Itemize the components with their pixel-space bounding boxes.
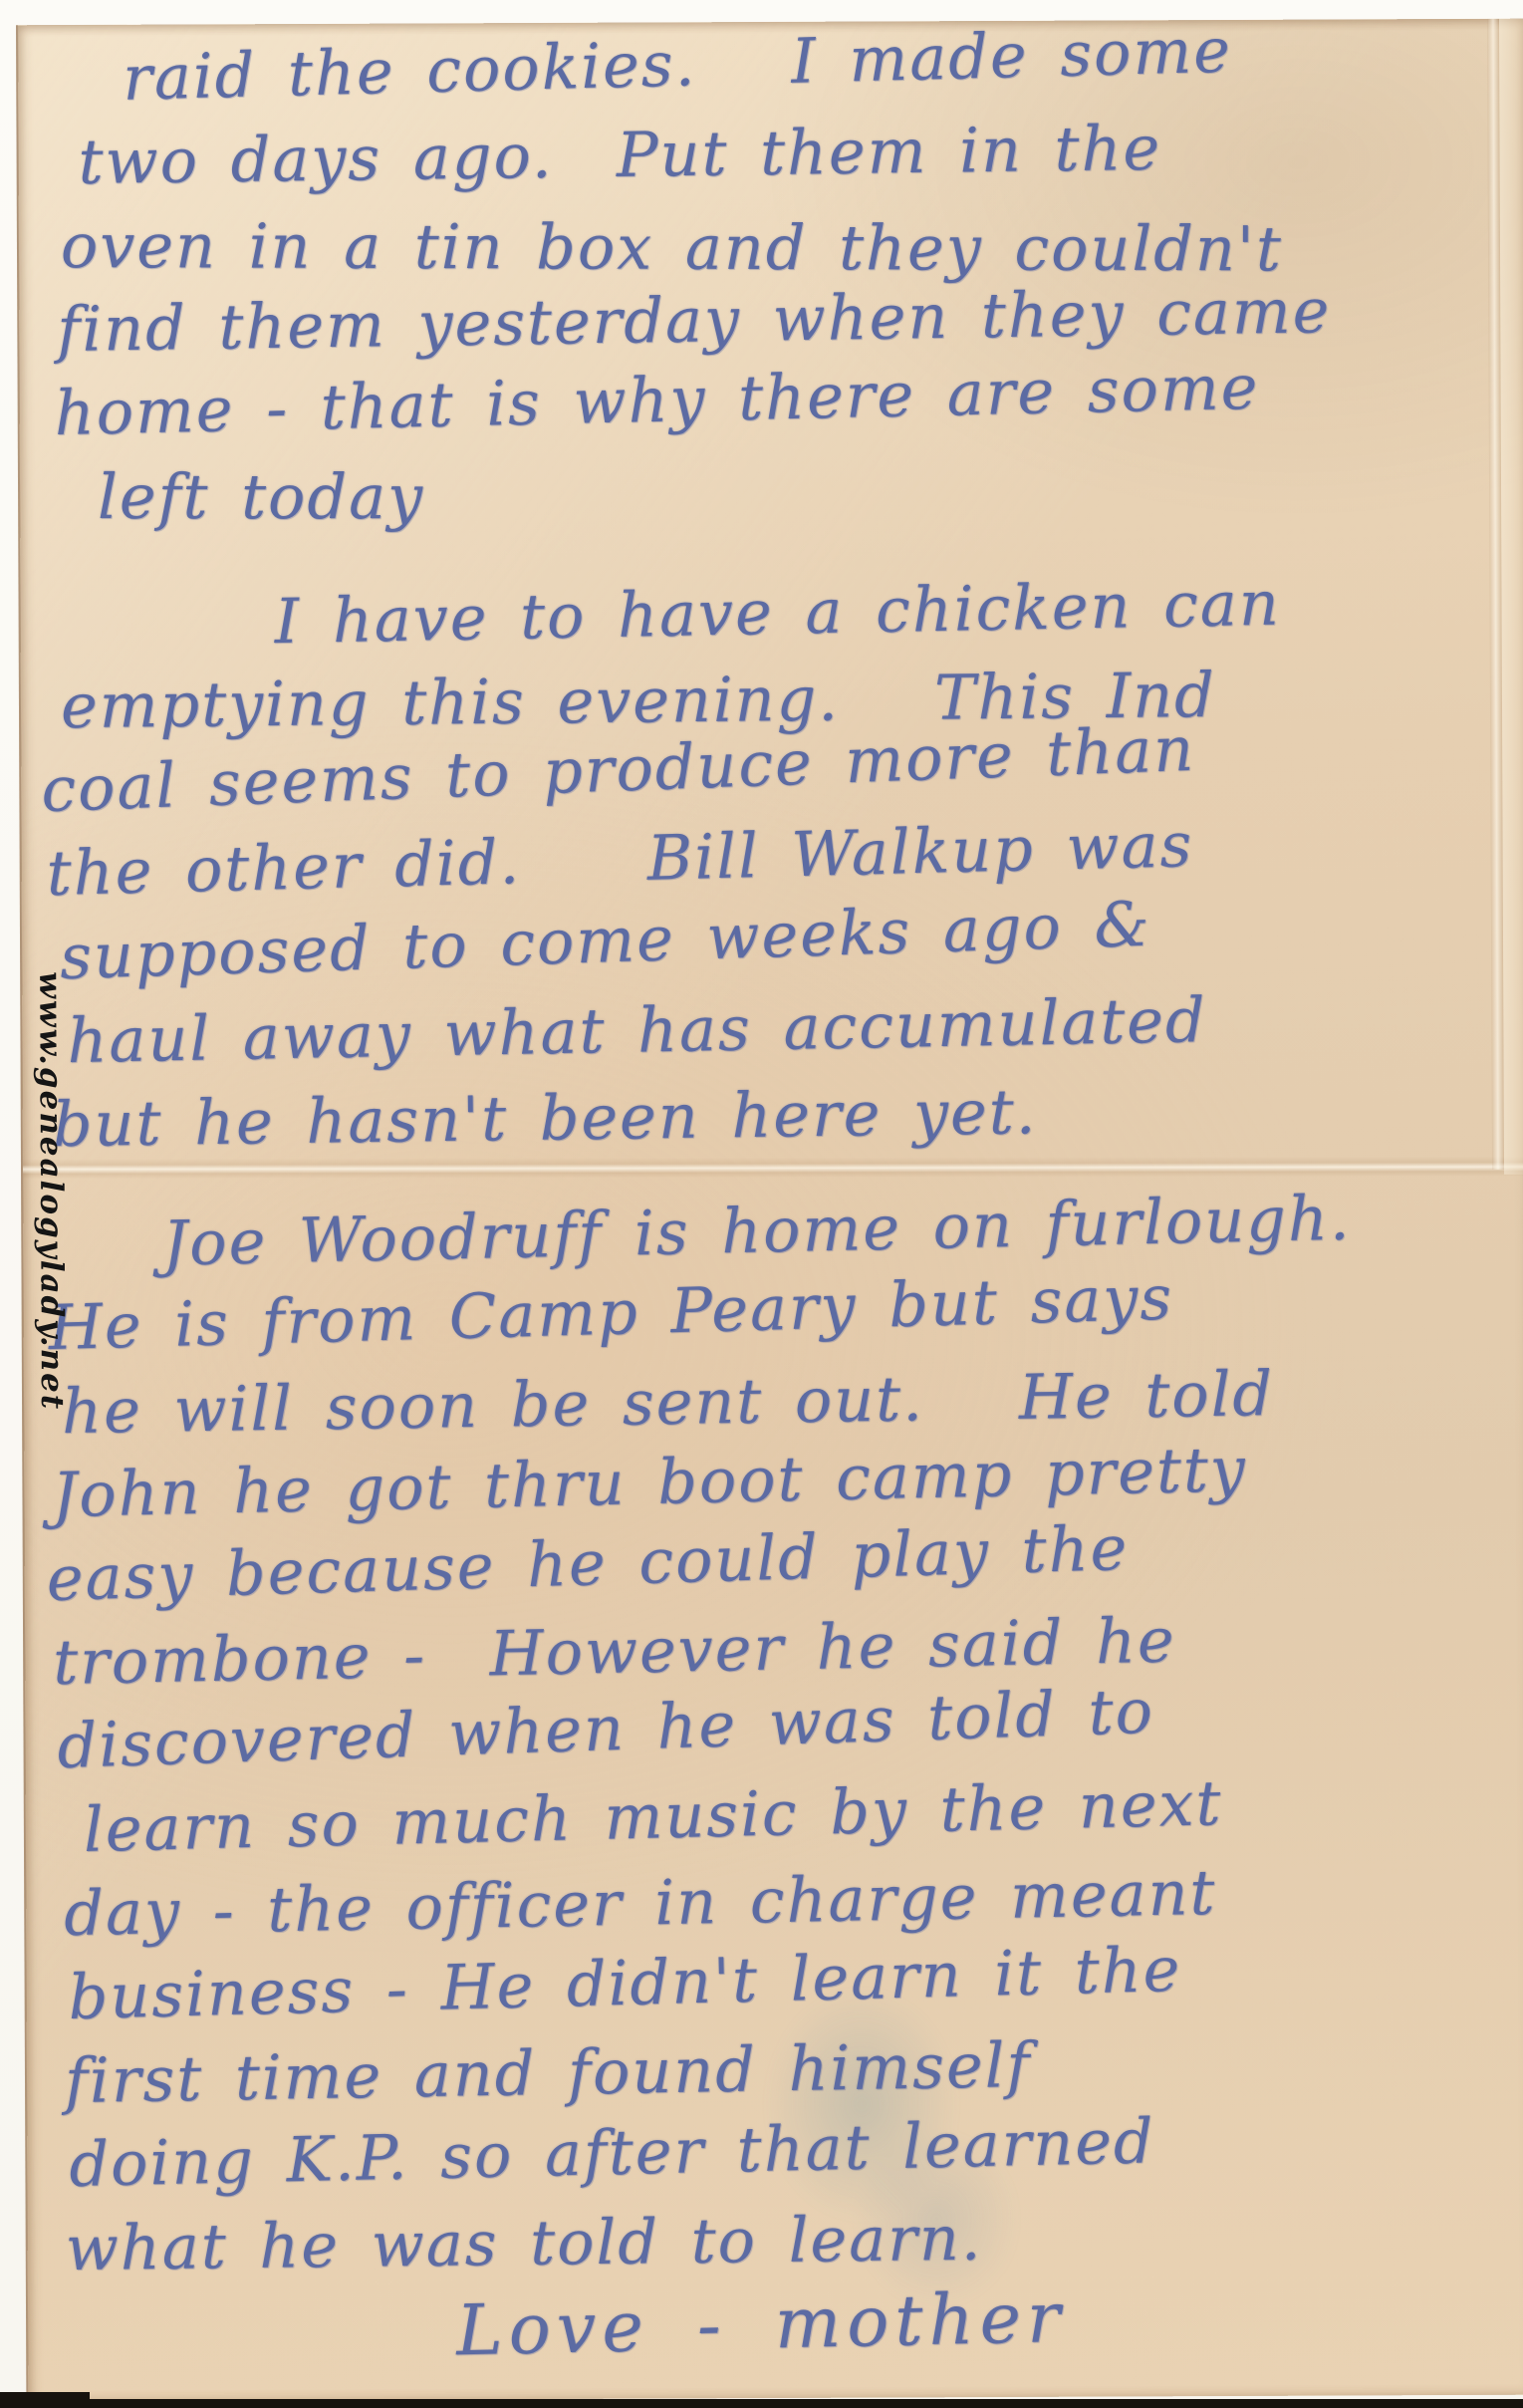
letter-paper: raid the cookies. I made some two days a… xyxy=(16,19,1523,2402)
handwritten-line: but he hasn't been here yet. xyxy=(52,1064,1523,1167)
letter-body: raid the cookies. I made some two days a… xyxy=(18,31,1523,2375)
scan-bottom-edge-corner xyxy=(0,2392,90,2408)
handwritten-line: two days ago. Put them in the xyxy=(78,102,1523,204)
handwritten-line: I have to have a chicken can xyxy=(274,557,1523,664)
handwritten-line: raid the cookies. I made some xyxy=(122,1,1523,121)
scan-bottom-edge xyxy=(0,2399,1523,2408)
watermark: www.genealogylady.net xyxy=(32,971,70,1411)
handwritten-line: left today xyxy=(98,455,1523,540)
scanner-background: raid the cookies. I made some two days a… xyxy=(0,0,1523,2408)
